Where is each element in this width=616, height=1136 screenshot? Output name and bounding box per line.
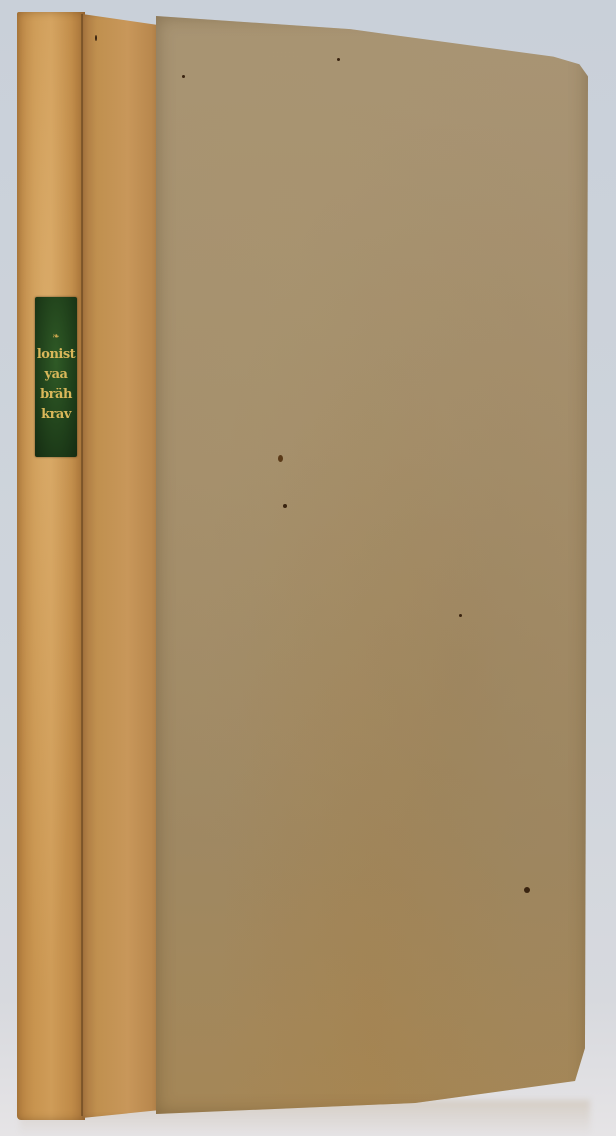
cover-speck (95, 35, 97, 41)
label-line-1: lonist (36, 348, 76, 362)
label-ornament-icon: ❧ (52, 333, 60, 342)
antique-book: ❧ lonist yaa bräh krav (0, 0, 616, 1136)
cover-speck (278, 455, 283, 462)
label-line-4: krav (36, 408, 76, 422)
label-line-3: bräh (36, 388, 76, 402)
cover-speck (524, 887, 530, 893)
photo-scene: ❧ lonist yaa bräh krav (0, 0, 616, 1136)
cover-speck (337, 58, 340, 61)
book-spine: ❧ lonist yaa bräh krav (17, 12, 85, 1120)
cover-speck (182, 75, 185, 78)
spine-hinge (82, 14, 158, 1118)
hinge-line (81, 14, 83, 1116)
spine-label: ❧ lonist yaa bräh krav (35, 297, 77, 457)
label-line-2: yaa (36, 368, 76, 382)
cover-speck (459, 614, 462, 617)
front-cover (156, 16, 588, 1114)
cover-speck (283, 504, 287, 508)
